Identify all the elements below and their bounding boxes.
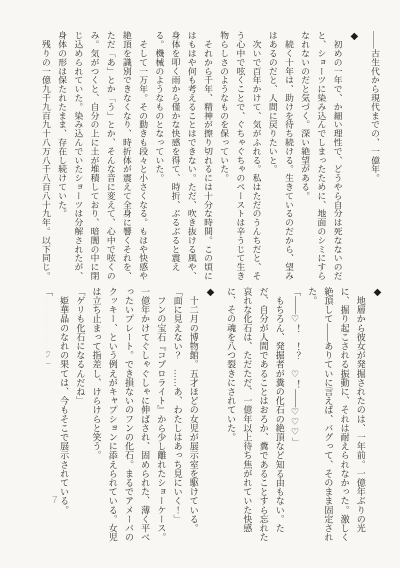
paragraph: フンの宝石『コプロライト』から少し離れたショーケース。一億年かけてぐしゃぐしゃに… — [88, 287, 169, 545]
dialogue-line: 「面に見えない？ ……あ、わたしはあっち見にいく！」 — [169, 287, 185, 545]
text-row-top: ――古生代から現代までの、一億年。◆ 初めの一年で、か細い理性で、どうやら自分は… — [31, 31, 383, 281]
section-divider: ◆ — [346, 31, 367, 281]
section-divider: ◆ — [369, 287, 390, 545]
dialogue-line: 「ゲリも化石になるんだね」 — [72, 287, 88, 545]
paragraph: 続く十年は、助けを待ち続ける。生きているのだから、望みはあるのだと、人間に戻りた… — [265, 31, 297, 281]
paragraph: それから千年、精神が擦り切れるには十分な時間。この頃にはもはや何も考えることはで… — [151, 31, 216, 281]
section-divider: ◆ — [202, 287, 223, 545]
dialogue-line: 「………………♡」 — [46, 287, 56, 545]
book-page: ――古生代から現代までの、一億年。◆ 初めの一年で、か細い理性で、どうやら自分は… — [0, 0, 400, 568]
epigraph-line: ――古生代から現代までの、一億年。 — [367, 31, 383, 281]
paragraph: 次いで百年かけて、気がふれる。私はただのうんちだと、そう心中で呟くことで、ぐちゃ… — [216, 31, 265, 281]
paragraph: もちろん、発掘者が糞の化石の絶頂など知る由もない。ただ、自分が人間であることはお… — [223, 287, 288, 545]
paragraph: 残りの一億九千九百九十八万八千八百八十九年。以下同じ。 — [38, 31, 54, 281]
text-row-bottom: ◆ 地層から彼女が発掘されたのは、一年前。一億年ぶりの光に、掘り起こされる振動に… — [46, 287, 390, 545]
paragraph: 姫華晶のなれの果ては、今もそこで展示されている。 — [56, 287, 72, 545]
page-number: 7 — [52, 495, 58, 506]
dialogue-line: 「――♡！ ！？ ♡！――♡♡♡」 — [288, 287, 304, 545]
paragraph: そして一万年。その動きも段々と小さくなる。もはや快感や絶頂を識別できなくなり、時… — [54, 31, 151, 281]
paragraph: 十二月の博物館。五才ほどの女児が展示室を駆けている。 — [186, 287, 202, 545]
paragraph: 初めの一年で、か細い理性で、どうやら自分は死なないのだと、ショーツに染み込んでし… — [297, 31, 346, 281]
paragraph: 地層から彼女が発掘されたのは、一年前。一億年ぶりの光に、掘り起こされる振動に、そ… — [304, 287, 369, 545]
